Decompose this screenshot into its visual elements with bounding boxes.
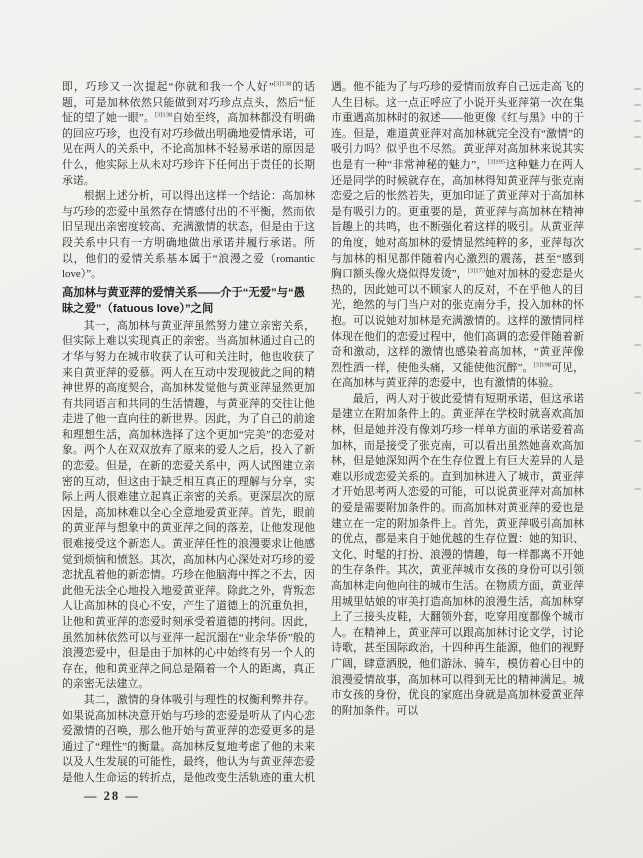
paragraph: 最后，两人对于彼此爱情有短期承诺，但这承诺是建立在附加条件上的。黄亚萍在学校时就… <box>331 392 584 719</box>
scan-artifact <box>634 344 641 346</box>
scan-artifact <box>634 136 641 138</box>
scan-artifact <box>634 440 641 442</box>
page-number: — 28 — <box>84 789 140 804</box>
section-heading: 高加林与黄亚萍的爱情关系——介于“无爱”与“愚昧之爱”（fatuous love… <box>62 285 315 318</box>
scan-artifact <box>634 248 641 250</box>
scan-artifact <box>634 488 641 490</box>
scan-artifact <box>634 168 641 170</box>
citation-ref: [3]138 <box>274 80 292 87</box>
paragraph: 其一，高加林与黄亚萍虽然努力建立亲密关系，但实际上难以实现真正的亲密。当高加林通… <box>62 319 315 693</box>
scan-artifact <box>634 200 641 202</box>
citation-ref: [3]138 <box>155 112 173 119</box>
article-columns: 即，巧珍又一次提起“你就和我一个人好”[3]138的话题，可是加林依然只能做到对… <box>62 80 584 794</box>
document-page: 即，巧珍又一次提起“你就和我一个人好”[3]138的话题，可是加林依然只能做到对… <box>0 0 643 858</box>
citation-ref: [3]198 <box>533 361 551 368</box>
scan-artifact <box>634 392 641 394</box>
paragraph: 即，巧珍又一次提起“你就和我一个人好”[3]138的话题，可是加林依然只能做到对… <box>62 80 315 189</box>
citation-ref: [3]195 <box>488 158 506 165</box>
scan-artifact <box>634 104 641 106</box>
citation-ref: [3]173 <box>468 268 486 275</box>
scan-artifact <box>634 120 641 122</box>
scan-artifact <box>634 296 641 298</box>
paragraph: 根据上述分析，可以得出这样一个结论：高加林与巧珍的恋爱中虽然存在情感付出的不平衡… <box>62 189 315 283</box>
scan-artifact <box>634 88 641 90</box>
